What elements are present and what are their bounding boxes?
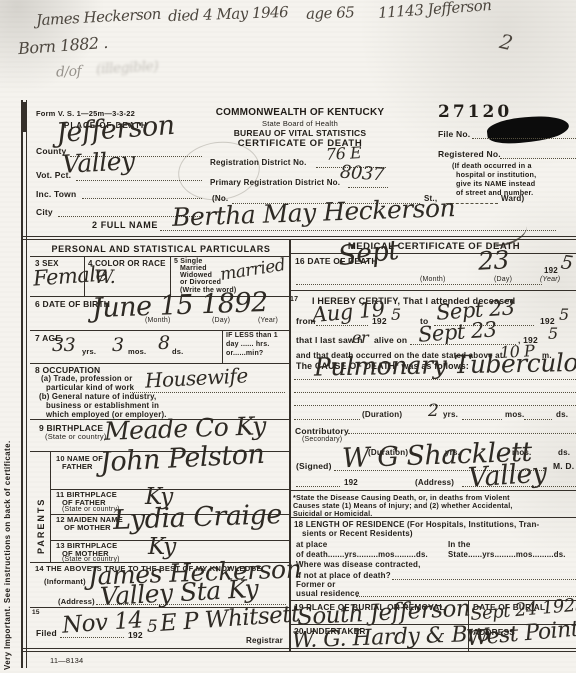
filed-number: 15 [32,609,40,616]
primary-district-value: 8037 [339,161,384,185]
death-month-label: (Month) [420,276,446,283]
marital-label-3: Widowed [180,272,212,279]
duration2-ds-label: ds. [558,448,570,457]
mother-maiden-label-line2: OF MOTHER [64,523,111,532]
mother-maiden-value: Lydia Craige [113,499,283,536]
informant-address-label: (Address) [58,597,95,606]
age-months-unit: mos. [128,347,146,356]
annotation-death-date: died 4 May 1946 [168,3,289,25]
hospital-note-line3: give its NAME instead [456,179,535,188]
occupation-b-line1: (b) General nature of industry, [39,392,156,401]
birthplace-sub-label: (State or country) [45,432,107,441]
age-months-value: 3 [112,334,124,356]
dotted-line [294,379,576,380]
dob-year-label: (Year) [258,317,278,324]
at-place-label: at place [296,540,327,549]
vot-pct-value: Valley [61,146,135,179]
state-units: State......yrs.........mos.........ds. [448,550,566,559]
dotted-line [348,433,576,434]
dotted-line [472,138,576,139]
row-line [291,253,576,254]
signature-address-value: Valley [467,457,548,493]
residence-label-line1: 18 LENGTH OF RESIDENCE (For Hospitals, I… [294,520,539,529]
cause-value: Pulmonary Tuberculosis [314,347,576,381]
parents-label: PARENTS [36,468,46,554]
if-not-label: if not at place of death? [296,571,391,580]
death-day-value: 23 [477,245,509,276]
usual-residence-label: usual residence [296,589,359,598]
father-bp-label-line3: (State or country) [62,506,120,513]
city-label: City [36,207,53,217]
last-saw-her-hand: er [352,328,368,347]
dotted-line [296,486,340,487]
occupation-b-line2: business or establishment in [46,401,159,410]
duration-value: 2 [428,401,438,421]
registered-no-label: Registered No. [438,149,501,159]
primary-district-label: Primary Registration District No. [210,178,340,187]
age-years-value: 33 [52,334,75,356]
row-line [291,290,576,291]
occupation-a-line1: (a) Trade, profession or [41,374,132,383]
father-label-line2: FATHER [62,462,93,471]
bureau-title: BUREAU OF VITAL STATISTICS [180,128,420,138]
attended-from-year-hand: 5 [391,305,401,324]
row-line [30,363,289,364]
left-border-line-inner [26,100,27,668]
commonwealth-title: COMMONWEALTH OF KENTUCKY [180,107,420,118]
row-line [30,330,289,331]
personal-section-title: PERSONAL AND STATISTICAL PARTICULARS [33,244,289,254]
dob-day-label: (Day) [212,317,230,324]
dotted-line [524,419,552,420]
in-the-label: In the [448,540,471,549]
file-no-label: File No. [438,129,470,139]
signature-address-label: (Address) [415,478,454,487]
full-name-label: 2 FULL NAME [92,220,158,230]
dotted-line [294,392,576,393]
marital-value: married [219,255,287,285]
of-death-units: of death.......yrs.........mos.........d… [296,550,428,559]
death-certificate-scan: James Heckerson died 4 May 1946 age 65 1… [0,0,576,673]
certify-number: 17 [290,296,298,303]
duration-label: (Duration) [362,410,402,419]
annotation-mark: 2 [498,29,515,55]
filed-year-printed: 192 [128,630,143,640]
duration-mos-label: mos. [505,410,524,419]
occupation-value: Housewife [144,363,248,392]
annotation-scribble: (illegible) [96,58,159,77]
dob-month-label: (Month) [145,317,171,324]
occupation-a-line2: particular kind of work [46,383,134,392]
last-saw-label-2: alive on [374,335,407,345]
dotted-line [296,284,542,285]
parents-divider [50,451,51,562]
contributory-label: Contributory [295,426,349,436]
board-of-health: State Board of Health [180,119,420,128]
row-line [30,256,289,257]
left-border-ink-mark [22,102,26,132]
dotted-line [294,419,360,420]
age-years-unit: yrs. [82,347,96,356]
marital-label-1: 5 Single [174,258,202,265]
dotted-line [348,187,388,188]
signature-year-printed: 192 [344,478,358,487]
dob-value: June 15 1892 [92,287,269,324]
registrar-label: Registrar [246,636,283,645]
dotted-line [82,198,202,199]
row-line [291,517,576,518]
margin-note: Very Important. See instructions on back… [3,332,12,670]
stamp-number: 27120 [438,102,512,122]
row-line [291,490,576,491]
annotation-file-number: 11143 Jefferson [378,0,492,22]
medical-section-title: MEDICAL CERTIFICATE OF DEATH [292,241,576,252]
dotted-line [462,419,502,420]
former-label: Former or [296,580,336,589]
death-year-hand: 5 [560,251,575,274]
annotation-name: James Heckerson [36,5,162,30]
hospital-note-line4: of street and number. [456,188,533,197]
hospital-note-line1: (If death occurred in a [452,161,532,170]
mother-bp-value: Ky [148,534,176,560]
annotation-born: Born 1882 . [17,33,108,58]
secondary-label: (Secondary) [302,436,342,443]
cell-divider [222,330,223,363]
dotted-line [392,579,576,580]
dotted-line [500,158,576,159]
attended-to-year-hand: 5 [559,305,569,324]
informant-label: (Informant) [44,577,86,586]
death-year-label: (Year) [540,276,560,283]
duration-yrs-label: yrs. [443,410,458,419]
death-year-printed: 192 [544,266,558,275]
duration-ds-label: ds. [556,410,568,419]
if-less-line2: day ...... hrs. [226,341,269,348]
annotation-relationship: d/of [56,63,82,80]
inc-town-label: Inc. Town [36,189,76,199]
last-saw-date-value: Sept 23 [417,317,497,346]
md-label: M. D. [553,461,574,471]
attended-from-year-printed: 192 [372,316,387,326]
filed-year-hand: 5 [147,617,157,637]
filed-label: Filed [36,628,57,638]
death-day-label: (Day) [494,276,512,283]
death-month-value: Sept [337,235,401,272]
marital-label-4: or Divorced [180,279,221,286]
age-days-value: 8 [158,332,170,354]
residence-label-line2: sients or Recent Residents) [302,529,413,538]
age-days-unit: ds. [172,347,183,356]
annotation-age: age 65 [306,3,355,23]
if-less-line3: or......min? [226,350,263,357]
marital-label-2: Married [180,265,207,272]
registration-district-label: Registration District No. [210,158,307,167]
if-less-line1: IF LESS than 1 [226,332,278,339]
where-contracted-label: Where was disease contracted, [296,560,421,569]
form-code: 11—8134 [50,656,83,665]
last-saw-year-hand: 5 [548,324,558,343]
race-value: W. [94,266,115,288]
hospital-note-line2: hospital or institution, [456,170,536,179]
signed-label: (Signed) [296,461,332,471]
left-border-line [21,100,23,668]
